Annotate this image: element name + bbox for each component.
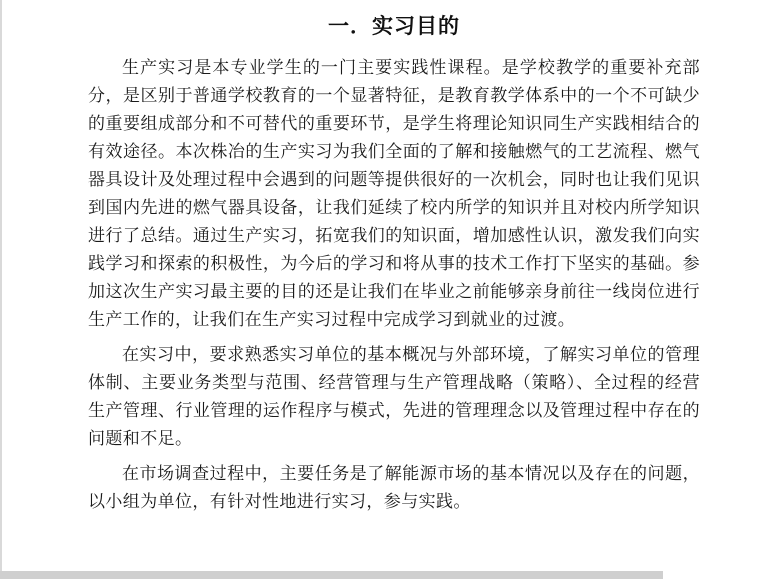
document-page: 一．实习目的 生产实习是本专业学生的一门主要实践性课程。是学校教学的重要补充部分… (0, 0, 780, 579)
page-bottom-edge-divider (0, 571, 663, 579)
paragraph-internship-overview: 生产实习是本专业学生的一门主要实践性课程。是学校教学的重要补充部分，是区别于普通… (88, 54, 700, 334)
paragraph-market-survey-tasks: 在市场调查过程中，主要任务是了解能源市场的基本情况以及存在的问题，以小组为单位，… (88, 460, 700, 516)
paragraph-internship-requirements: 在实习中，要求熟悉实习单位的基本概况与外部环境，了解实习单位的管理体制、主要业务… (88, 341, 700, 453)
document-content: 一．实习目的 生产实习是本专业学生的一门主要实践性课程。是学校教学的重要补充部分… (0, 0, 780, 523)
page-title: 一．实习目的 (88, 10, 700, 40)
